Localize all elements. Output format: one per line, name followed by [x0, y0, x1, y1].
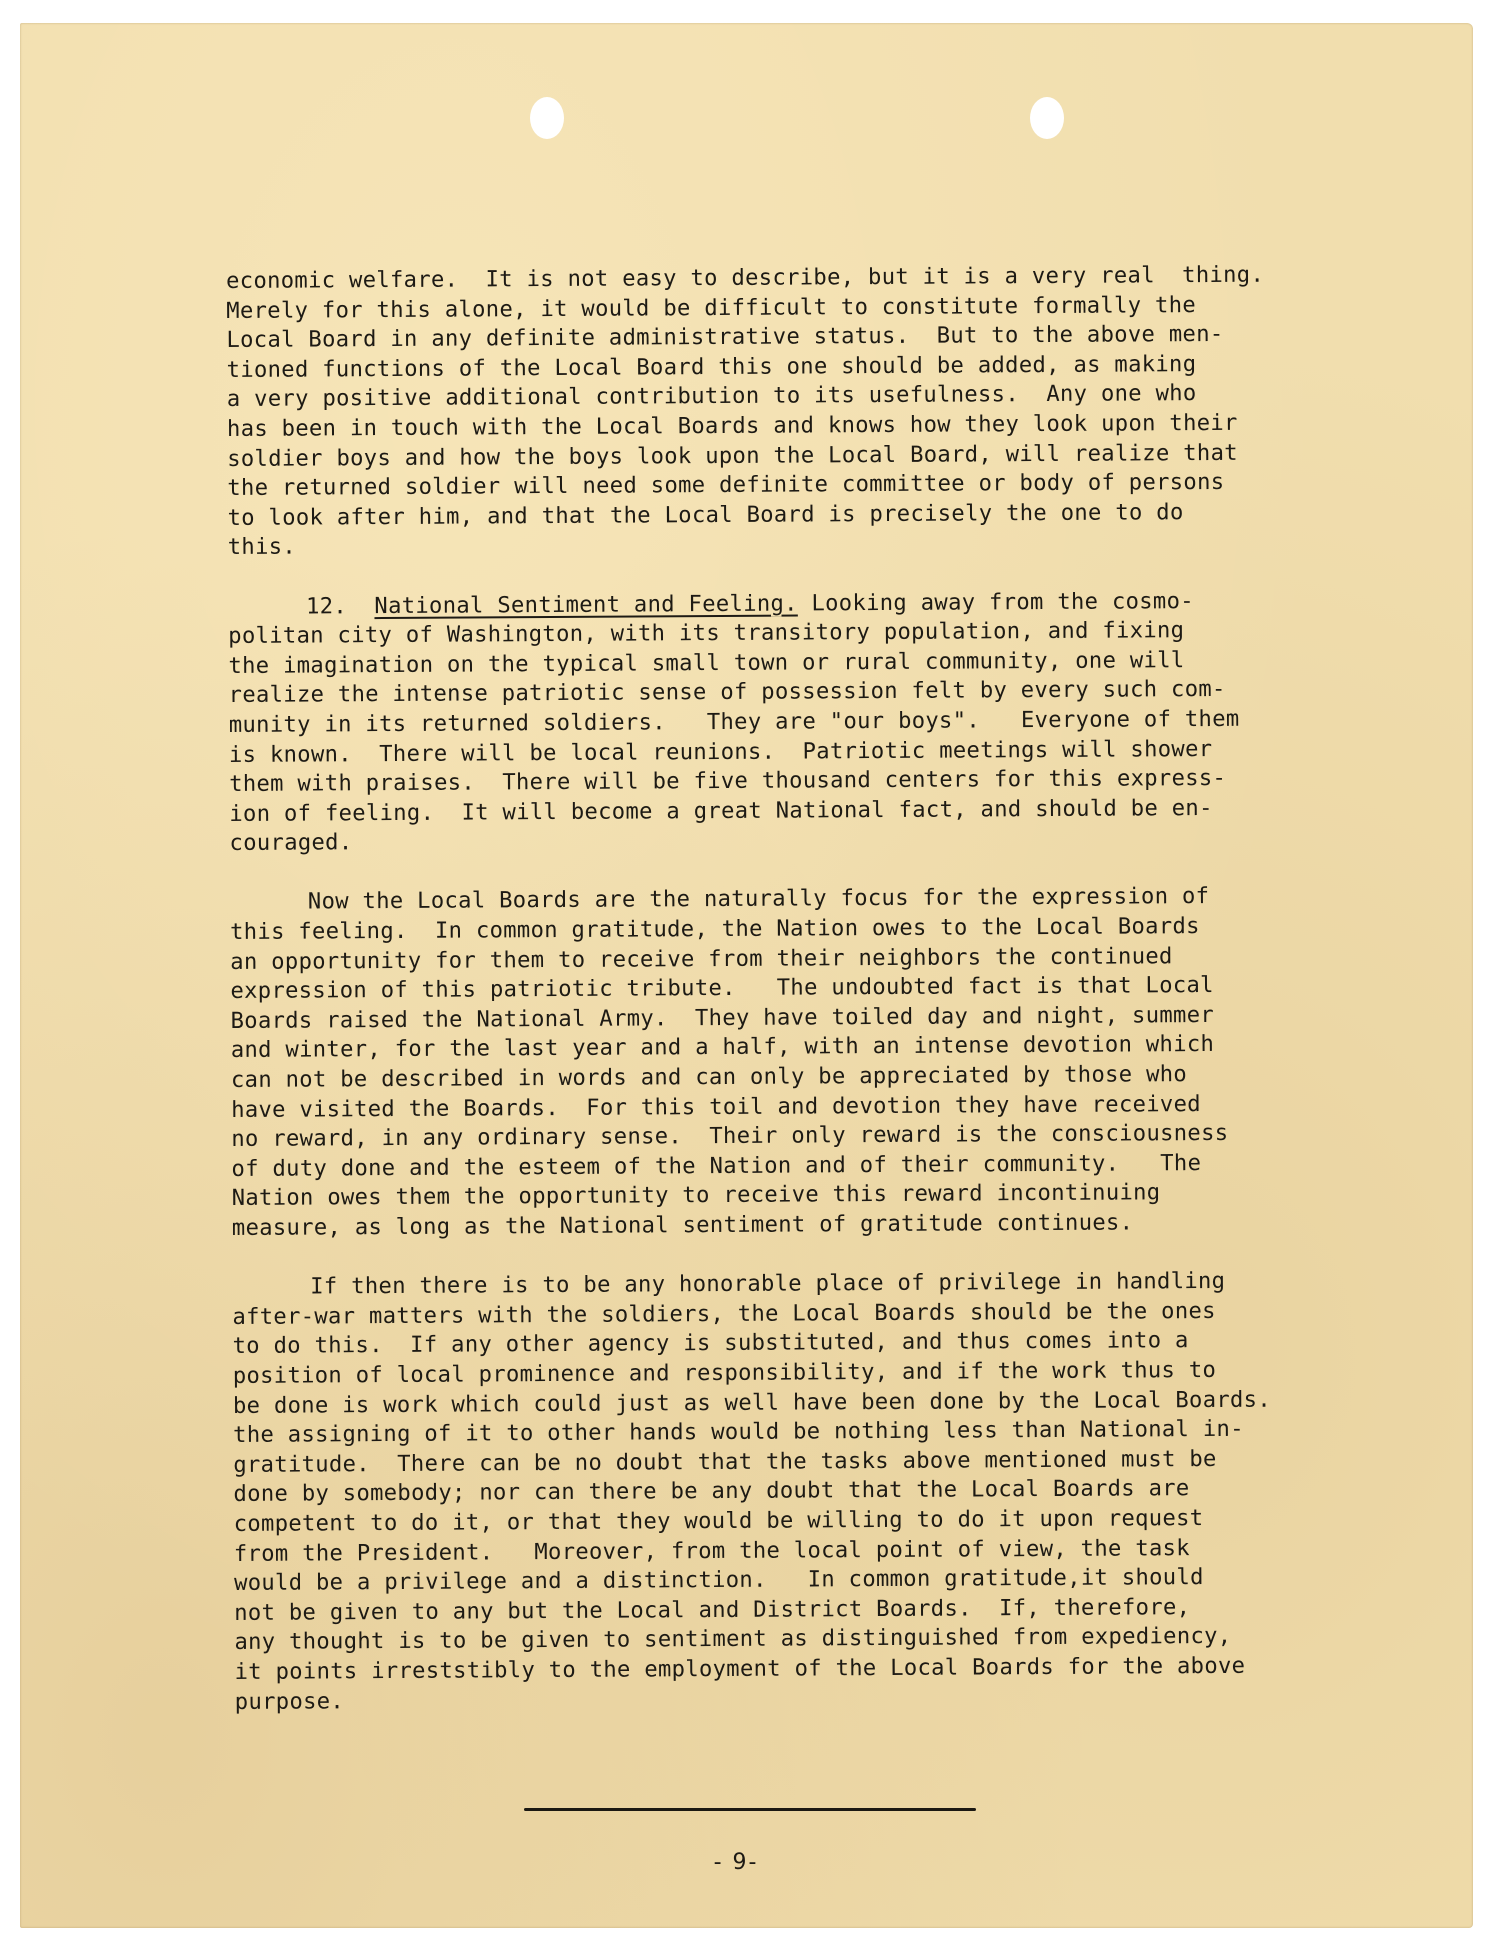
punch-hole-left	[530, 97, 564, 139]
section-12: 12. National Sentiment and Feeling. Look…	[228, 585, 1410, 859]
paragraph-local-boards: Now the Local Boards are the naturally f…	[230, 881, 1412, 1243]
page-number: - 9-	[686, 1850, 786, 1875]
section-heading: National Sentiment and Feeling.	[374, 590, 798, 619]
document-page: economic welfare. It is not easy to desc…	[20, 23, 1473, 1928]
section-number: 12.	[306, 593, 347, 619]
text-fragment: Looking away from the cosmo-	[798, 588, 1194, 616]
paragraph-privilege: If then there is to be any honorable pla…	[232, 1266, 1415, 1717]
paragraph-continued: economic welfare. It is not easy to desc…	[226, 260, 1408, 563]
punch-hole-right	[1030, 97, 1064, 139]
document-body: economic welfare. It is not easy to desc…	[226, 260, 1415, 1717]
horizontal-rule	[524, 1808, 976, 1811]
